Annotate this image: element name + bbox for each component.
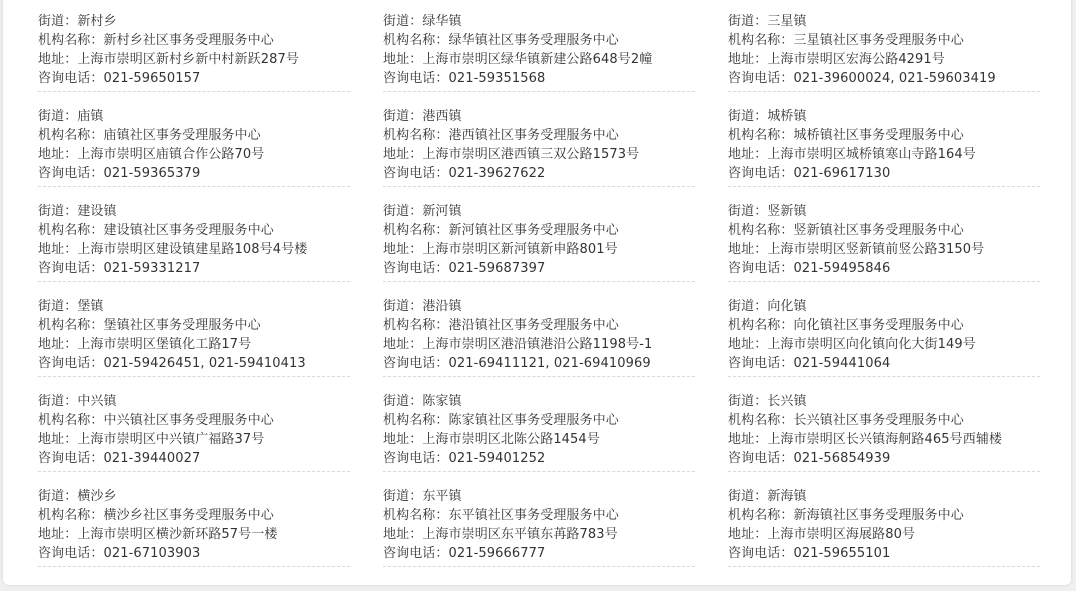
street-line: 街道：绿华镇: [383, 12, 695, 31]
address-label: 地址：: [383, 527, 422, 542]
dashed-separator: [383, 376, 695, 377]
org-value: 新村乡社区事务受理服务中心: [104, 33, 274, 48]
street-label: 街道：: [728, 299, 767, 314]
dashed-separator: [383, 471, 695, 472]
org-label: 机构名称：: [383, 318, 449, 333]
org-label: 机构名称：: [38, 318, 104, 333]
phone-label: 咨询电话：: [383, 546, 449, 561]
service-center-entry: 街道：中兴镇 机构名称：中兴镇社区事务受理服务中心 地址：上海市崇明区中兴镇广福…: [38, 392, 350, 487]
org-value: 堡镇社区事务受理服务中心: [104, 318, 261, 333]
street-value: 堡镇: [77, 299, 103, 314]
address-value: 上海市崇明区北陈公路1454号: [422, 432, 600, 447]
phone-value: 021-59351568: [449, 71, 546, 86]
street-line: 街道：港沿镇: [383, 297, 695, 316]
street-label: 街道：: [383, 109, 422, 124]
address-label: 地址：: [38, 242, 77, 257]
dashed-separator: [383, 186, 695, 187]
phone-label: 咨询电话：: [383, 71, 449, 86]
street-line: 街道：新河镇: [383, 202, 695, 221]
service-center-entry: 街道：绿华镇 机构名称：绿华镇社区事务受理服务中心 地址：上海市崇明区绿华镇新建…: [383, 12, 695, 107]
street-value: 东平镇: [422, 489, 461, 504]
service-center-entry: 街道：港沿镇 机构名称：港沿镇社区事务受理服务中心 地址：上海市崇明区港沿镇港沿…: [383, 297, 695, 392]
street-value: 向化镇: [767, 299, 806, 314]
service-center-entry: 街道：庙镇 机构名称：庙镇社区事务受理服务中心 地址：上海市崇明区庙镇合作公路7…: [38, 107, 350, 202]
org-label: 机构名称：: [383, 413, 449, 428]
phone-label: 咨询电话：: [38, 451, 104, 466]
address-label: 地址：: [38, 337, 77, 352]
org-label: 机构名称：: [728, 318, 794, 333]
address-line: 地址：上海市崇明区北陈公路1454号: [383, 430, 695, 449]
dashed-separator: [38, 186, 350, 187]
phone-line: 咨询电话：021-59650157: [38, 69, 350, 88]
phone-line: 咨询电话：021-59365379: [38, 164, 350, 183]
phone-value: 021-59401252: [449, 451, 546, 466]
address-line: 地址：上海市崇明区庙镇合作公路70号: [38, 145, 350, 164]
phone-value: 021-59365379: [104, 166, 201, 181]
org-label: 机构名称：: [728, 413, 794, 428]
phone-line: 咨询电话：021-69411121, 021-69410969: [383, 354, 695, 373]
street-value: 建设镇: [77, 204, 116, 219]
phone-label: 咨询电话：: [728, 356, 794, 371]
street-line: 街道：东平镇: [383, 487, 695, 506]
org-line: 机构名称：横沙乡社区事务受理服务中心: [38, 506, 350, 525]
address-label: 地址：: [728, 432, 767, 447]
address-label: 地址：: [383, 52, 422, 67]
dashed-separator: [728, 471, 1040, 472]
phone-label: 咨询电话：: [728, 261, 794, 276]
street-line: 街道：中兴镇: [38, 392, 350, 411]
service-center-grid: 街道：新村乡 机构名称：新村乡社区事务受理服务中心 地址：上海市崇明区新村乡新中…: [38, 12, 1040, 582]
org-value: 城桥镇社区事务受理服务中心: [794, 128, 964, 143]
street-value: 港沿镇: [422, 299, 461, 314]
dashed-separator: [728, 376, 1040, 377]
org-label: 机构名称：: [38, 413, 104, 428]
address-line: 地址：上海市崇明区中兴镇广福路37号: [38, 430, 350, 449]
org-line: 机构名称：三星镇社区事务受理服务中心: [728, 31, 1040, 50]
street-label: 街道：: [38, 109, 77, 124]
service-center-entry: 街道：港西镇 机构名称：港西镇社区事务受理服务中心 地址：上海市崇明区港西镇三双…: [383, 107, 695, 202]
address-value: 上海市崇明区城桥镇寒山寺路164号: [767, 147, 976, 162]
org-line: 机构名称：长兴镇社区事务受理服务中心: [728, 411, 1040, 430]
address-value: 上海市崇明区建设镇建星路108号4号楼: [77, 242, 307, 257]
address-line: 地址：上海市崇明区海展路80号: [728, 525, 1040, 544]
address-label: 地址：: [728, 52, 767, 67]
org-value: 建设镇社区事务受理服务中心: [104, 223, 274, 238]
dashed-separator: [38, 91, 350, 92]
dashed-separator: [728, 281, 1040, 282]
street-line: 街道：长兴镇: [728, 392, 1040, 411]
org-label: 机构名称：: [383, 223, 449, 238]
street-value: 竖新镇: [767, 204, 806, 219]
phone-line: 咨询电话：021-59655101: [728, 544, 1040, 563]
org-line: 机构名称：港沿镇社区事务受理服务中心: [383, 316, 695, 335]
address-value: 上海市崇明区宏海公路4291号: [767, 52, 945, 67]
street-label: 街道：: [38, 14, 77, 29]
org-line: 机构名称：绿华镇社区事务受理服务中心: [383, 31, 695, 50]
street-label: 街道：: [728, 204, 767, 219]
phone-value: 021-59687397: [449, 261, 546, 276]
address-line: 地址：上海市崇明区堡镇化工路17号: [38, 335, 350, 354]
address-value: 上海市崇明区向化镇向化大街149号: [767, 337, 976, 352]
dashed-separator: [38, 376, 350, 377]
org-value: 庙镇社区事务受理服务中心: [104, 128, 261, 143]
street-label: 街道：: [728, 109, 767, 124]
org-value: 向化镇社区事务受理服务中心: [794, 318, 964, 333]
org-line: 机构名称：中兴镇社区事务受理服务中心: [38, 411, 350, 430]
phone-value: 021-56854939: [794, 451, 891, 466]
address-value: 上海市崇明区长兴镇海舸路465号西辅楼: [767, 432, 1002, 447]
street-line: 街道：建设镇: [38, 202, 350, 221]
org-label: 机构名称：: [383, 128, 449, 143]
org-line: 机构名称：新海镇社区事务受理服务中心: [728, 506, 1040, 525]
org-line: 机构名称：建设镇社区事务受理服务中心: [38, 221, 350, 240]
street-value: 陈家镇: [422, 394, 461, 409]
org-line: 机构名称：陈家镇社区事务受理服务中心: [383, 411, 695, 430]
address-value: 上海市崇明区横沙新环路57号一楼: [77, 527, 277, 542]
street-label: 街道：: [728, 14, 767, 29]
service-center-entry: 街道：堡镇 机构名称：堡镇社区事务受理服务中心 地址：上海市崇明区堡镇化工路17…: [38, 297, 350, 392]
phone-value: 021-59495846: [794, 261, 891, 276]
address-label: 地址：: [728, 242, 767, 257]
org-line: 机构名称：新河镇社区事务受理服务中心: [383, 221, 695, 240]
phone-label: 咨询电话：: [728, 71, 794, 86]
street-value: 新河镇: [422, 204, 461, 219]
dashed-separator: [728, 566, 1040, 567]
org-line: 机构名称：城桥镇社区事务受理服务中心: [728, 126, 1040, 145]
address-label: 地址：: [383, 337, 422, 352]
phone-line: 咨询电话：021-59666777: [383, 544, 695, 563]
street-label: 街道：: [383, 299, 422, 314]
address-label: 地址：: [383, 432, 422, 447]
phone-line: 咨询电话：021-59687397: [383, 259, 695, 278]
service-center-entry: 街道：横沙乡 机构名称：横沙乡社区事务受理服务中心 地址：上海市崇明区横沙新环路…: [38, 487, 350, 582]
phone-line: 咨询电话：021-69617130: [728, 164, 1040, 183]
street-label: 街道：: [38, 204, 77, 219]
org-value: 港沿镇社区事务受理服务中心: [449, 318, 619, 333]
org-value: 竖新镇社区事务受理服务中心: [794, 223, 964, 238]
phone-line: 咨询电话：021-59351568: [383, 69, 695, 88]
address-label: 地址：: [38, 52, 77, 67]
street-value: 城桥镇: [767, 109, 806, 124]
address-value: 上海市崇明区庙镇合作公路70号: [77, 147, 264, 162]
street-line: 街道：陈家镇: [383, 392, 695, 411]
phone-label: 咨询电话：: [38, 166, 104, 181]
phone-line: 咨询电话：021-59441064: [728, 354, 1040, 373]
address-value: 上海市崇明区东平镇东苒路783号: [422, 527, 617, 542]
phone-label: 咨询电话：: [38, 261, 104, 276]
service-center-entry: 街道：三星镇 机构名称：三星镇社区事务受理服务中心 地址：上海市崇明区宏海公路4…: [728, 12, 1040, 107]
service-center-entry: 街道：新海镇 机构名称：新海镇社区事务受理服务中心 地址：上海市崇明区海展路80…: [728, 487, 1040, 582]
org-label: 机构名称：: [383, 508, 449, 523]
org-label: 机构名称：: [728, 128, 794, 143]
street-label: 街道：: [383, 394, 422, 409]
service-center-entry: 街道：竖新镇 机构名称：竖新镇社区事务受理服务中心 地址：上海市崇明区竖新镇前竖…: [728, 202, 1040, 297]
phone-label: 咨询电话：: [728, 546, 794, 561]
dashed-separator: [383, 281, 695, 282]
org-value: 绿华镇社区事务受理服务中心: [449, 33, 619, 48]
street-line: 街道：庙镇: [38, 107, 350, 126]
address-line: 地址：上海市崇明区宏海公路4291号: [728, 50, 1040, 69]
address-line: 地址：上海市崇明区竖新镇前竖公路3150号: [728, 240, 1040, 259]
dashed-separator: [383, 91, 695, 92]
address-label: 地址：: [38, 147, 77, 162]
street-value: 新村乡: [77, 14, 116, 29]
org-label: 机构名称：: [728, 508, 794, 523]
org-label: 机构名称：: [728, 223, 794, 238]
phone-value: 021-39440027: [104, 451, 201, 466]
address-label: 地址：: [38, 432, 77, 447]
org-value: 长兴镇社区事务受理服务中心: [794, 413, 964, 428]
service-center-panel: 街道：新村乡 机构名称：新村乡社区事务受理服务中心 地址：上海市崇明区新村乡新中…: [3, 0, 1071, 585]
phone-label: 咨询电话：: [383, 451, 449, 466]
street-label: 街道：: [38, 489, 77, 504]
street-value: 三星镇: [767, 14, 806, 29]
address-label: 地址：: [728, 147, 767, 162]
address-value: 上海市崇明区绿华镇新建公路648号2幢: [422, 52, 652, 67]
service-center-entry: 街道：向化镇 机构名称：向化镇社区事务受理服务中心 地址：上海市崇明区向化镇向化…: [728, 297, 1040, 392]
address-value: 上海市崇明区中兴镇广福路37号: [77, 432, 264, 447]
phone-value: 021-69411121, 021-69410969: [449, 356, 651, 371]
phone-value: 021-59441064: [794, 356, 891, 371]
phone-value: 021-59650157: [104, 71, 201, 86]
address-line: 地址：上海市崇明区城桥镇寒山寺路164号: [728, 145, 1040, 164]
phone-value: 021-59426451, 021-59410413: [104, 356, 306, 371]
phone-line: 咨询电话：021-59495846: [728, 259, 1040, 278]
phone-value: 021-39627622: [449, 166, 546, 181]
street-line: 街道：港西镇: [383, 107, 695, 126]
dashed-separator: [728, 186, 1040, 187]
org-label: 机构名称：: [38, 223, 104, 238]
phone-value: 021-67103903: [104, 546, 201, 561]
address-line: 地址：上海市崇明区绿华镇新建公路648号2幢: [383, 50, 695, 69]
street-label: 街道：: [38, 394, 77, 409]
address-line: 地址：上海市崇明区港沿镇港沿公路1198号-1: [383, 335, 695, 354]
org-value: 三星镇社区事务受理服务中心: [794, 33, 964, 48]
org-value: 横沙乡社区事务受理服务中心: [104, 508, 274, 523]
address-line: 地址：上海市崇明区新河镇新申路801号: [383, 240, 695, 259]
phone-label: 咨询电话：: [383, 356, 449, 371]
address-line: 地址：上海市崇明区新村乡新中村新跃287号: [38, 50, 350, 69]
org-value: 港西镇社区事务受理服务中心: [449, 128, 619, 143]
street-value: 横沙乡: [77, 489, 116, 504]
street-value: 长兴镇: [767, 394, 806, 409]
phone-line: 咨询电话：021-39627622: [383, 164, 695, 183]
street-value: 庙镇: [77, 109, 103, 124]
dashed-separator: [38, 281, 350, 282]
org-label: 机构名称：: [383, 33, 449, 48]
org-value: 新海镇社区事务受理服务中心: [794, 508, 964, 523]
phone-label: 咨询电话：: [38, 356, 104, 371]
phone-label: 咨询电话：: [38, 546, 104, 561]
service-center-entry: 街道：城桥镇 机构名称：城桥镇社区事务受理服务中心 地址：上海市崇明区城桥镇寒山…: [728, 107, 1040, 202]
org-value: 东平镇社区事务受理服务中心: [449, 508, 619, 523]
dashed-separator: [38, 471, 350, 472]
phone-label: 咨询电话：: [383, 261, 449, 276]
street-value: 新海镇: [767, 489, 806, 504]
street-label: 街道：: [38, 299, 77, 314]
service-center-entry: 街道：长兴镇 机构名称：长兴镇社区事务受理服务中心 地址：上海市崇明区长兴镇海舸…: [728, 392, 1040, 487]
street-value: 港西镇: [422, 109, 461, 124]
street-line: 街道：城桥镇: [728, 107, 1040, 126]
phone-line: 咨询电话：021-59401252: [383, 449, 695, 468]
org-value: 陈家镇社区事务受理服务中心: [449, 413, 619, 428]
dashed-separator: [38, 566, 350, 567]
street-line: 街道：新村乡: [38, 12, 350, 31]
address-value: 上海市崇明区港西镇三双公路1573号: [422, 147, 639, 162]
street-value: 中兴镇: [77, 394, 116, 409]
org-label: 机构名称：: [38, 508, 104, 523]
org-label: 机构名称：: [38, 128, 104, 143]
phone-value: 021-59655101: [794, 546, 891, 561]
service-center-entry: 街道：新河镇 机构名称：新河镇社区事务受理服务中心 地址：上海市崇明区新河镇新申…: [383, 202, 695, 297]
address-value: 上海市崇明区港沿镇港沿公路1198号-1: [422, 337, 652, 352]
dashed-separator: [383, 566, 695, 567]
street-line: 街道：横沙乡: [38, 487, 350, 506]
service-center-entry: 街道：陈家镇 机构名称：陈家镇社区事务受理服务中心 地址：上海市崇明区北陈公路1…: [383, 392, 695, 487]
address-value: 上海市崇明区新村乡新中村新跃287号: [77, 52, 299, 67]
address-line: 地址：上海市崇明区长兴镇海舸路465号西辅楼: [728, 430, 1040, 449]
phone-value: 021-39600024, 021-59603419: [794, 71, 996, 86]
phone-line: 咨询电话：021-59426451, 021-59410413: [38, 354, 350, 373]
address-line: 地址：上海市崇明区向化镇向化大街149号: [728, 335, 1040, 354]
address-label: 地址：: [38, 527, 77, 542]
phone-line: 咨询电话：021-56854939: [728, 449, 1040, 468]
phone-line: 咨询电话：021-39440027: [38, 449, 350, 468]
address-label: 地址：: [383, 242, 422, 257]
street-label: 街道：: [383, 489, 422, 504]
phone-label: 咨询电话：: [728, 166, 794, 181]
street-label: 街道：: [383, 204, 422, 219]
address-value: 上海市崇明区新河镇新申路801号: [422, 242, 617, 257]
org-label: 机构名称：: [38, 33, 104, 48]
address-line: 地址：上海市崇明区横沙新环路57号一楼: [38, 525, 350, 544]
phone-line: 咨询电话：021-67103903: [38, 544, 350, 563]
org-label: 机构名称：: [728, 33, 794, 48]
org-line: 机构名称：堡镇社区事务受理服务中心: [38, 316, 350, 335]
street-label: 街道：: [728, 394, 767, 409]
phone-label: 咨询电话：: [728, 451, 794, 466]
dashed-separator: [728, 91, 1040, 92]
street-label: 街道：: [728, 489, 767, 504]
phone-label: 咨询电话：: [383, 166, 449, 181]
phone-value: 021-59331217: [104, 261, 201, 276]
org-line: 机构名称：向化镇社区事务受理服务中心: [728, 316, 1040, 335]
phone-value: 021-69617130: [794, 166, 891, 181]
org-line: 机构名称：东平镇社区事务受理服务中心: [383, 506, 695, 525]
address-label: 地址：: [728, 527, 767, 542]
street-label: 街道：: [383, 14, 422, 29]
org-value: 新河镇社区事务受理服务中心: [449, 223, 619, 238]
street-line: 街道：堡镇: [38, 297, 350, 316]
service-center-entry: 街道：新村乡 机构名称：新村乡社区事务受理服务中心 地址：上海市崇明区新村乡新中…: [38, 12, 350, 107]
phone-line: 咨询电话：021-59331217: [38, 259, 350, 278]
org-line: 机构名称：港西镇社区事务受理服务中心: [383, 126, 695, 145]
phone-line: 咨询电话：021-39600024, 021-59603419: [728, 69, 1040, 88]
address-line: 地址：上海市崇明区建设镇建星路108号4号楼: [38, 240, 350, 259]
street-line: 街道：竖新镇: [728, 202, 1040, 221]
org-line: 机构名称：庙镇社区事务受理服务中心: [38, 126, 350, 145]
street-line: 街道：新海镇: [728, 487, 1040, 506]
service-center-entry: 街道：东平镇 机构名称：东平镇社区事务受理服务中心 地址：上海市崇明区东平镇东苒…: [383, 487, 695, 582]
org-line: 机构名称：新村乡社区事务受理服务中心: [38, 31, 350, 50]
street-value: 绿华镇: [422, 14, 461, 29]
address-value: 上海市崇明区海展路80号: [767, 527, 915, 542]
address-value: 上海市崇明区堡镇化工路17号: [77, 337, 251, 352]
phone-label: 咨询电话：: [38, 71, 104, 86]
street-line: 街道：三星镇: [728, 12, 1040, 31]
address-label: 地址：: [383, 147, 422, 162]
service-center-entry: 街道：建设镇 机构名称：建设镇社区事务受理服务中心 地址：上海市崇明区建设镇建星…: [38, 202, 350, 297]
address-line: 地址：上海市崇明区东平镇东苒路783号: [383, 525, 695, 544]
address-label: 地址：: [728, 337, 767, 352]
address-line: 地址：上海市崇明区港西镇三双公路1573号: [383, 145, 695, 164]
address-value: 上海市崇明区竖新镇前竖公路3150号: [767, 242, 984, 257]
street-line: 街道：向化镇: [728, 297, 1040, 316]
org-line: 机构名称：竖新镇社区事务受理服务中心: [728, 221, 1040, 240]
org-value: 中兴镇社区事务受理服务中心: [104, 413, 274, 428]
phone-value: 021-59666777: [449, 546, 546, 561]
